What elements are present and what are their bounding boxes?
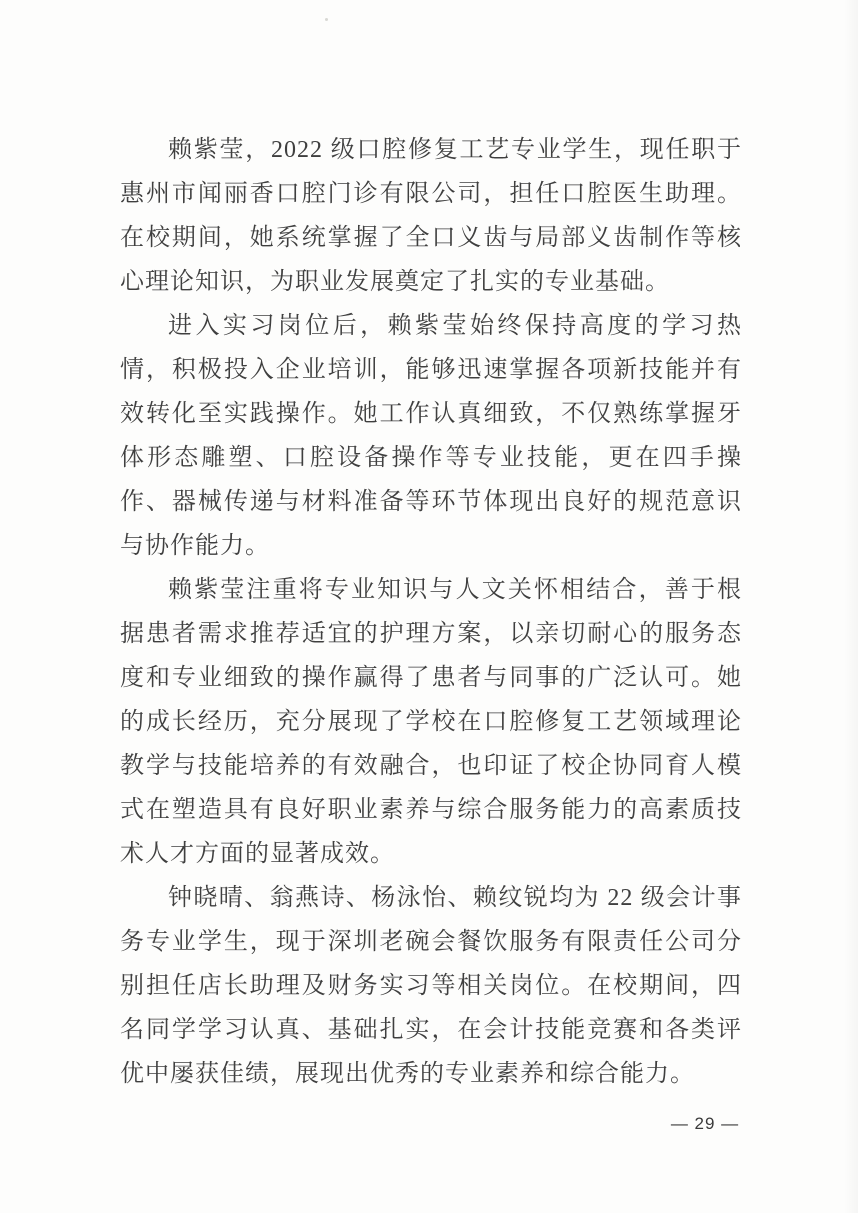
page-number: — 29 —	[650, 1114, 760, 1134]
scan-edge-shadow	[844, 0, 858, 1213]
paragraph-lai-ziying-intro: 赖紫莹，2022 级口腔修复工艺专业学生，现任职于惠州市闻丽香口腔门诊有限公司，…	[120, 128, 742, 304]
document-page: 赖紫莹，2022 级口腔修复工艺专业学生，现任职于惠州市闻丽香口腔门诊有限公司，…	[0, 0, 858, 1213]
document-body: 赖紫莹，2022 级口腔修复工艺专业学生，现任职于惠州市闻丽香口腔门诊有限公司，…	[120, 128, 742, 1096]
paragraph-internship-performance: 进入实习岗位后，赖紫莹始终保持高度的学习热情，积极投入企业培训，能够迅速掌握各项…	[120, 304, 742, 568]
paragraph-professional-humanistic-care: 赖紫莹注重将专业知识与人文关怀相结合，善于根据患者需求推荐适宜的护理方案，以亲切…	[120, 568, 742, 876]
paragraph-accounting-students: 钟晓晴、翁燕诗、杨泳怡、赖纹锐均为 22 级会计事务专业学生，现于深圳老碗会餐饮…	[120, 876, 742, 1096]
scan-artifact-speck	[325, 18, 328, 21]
